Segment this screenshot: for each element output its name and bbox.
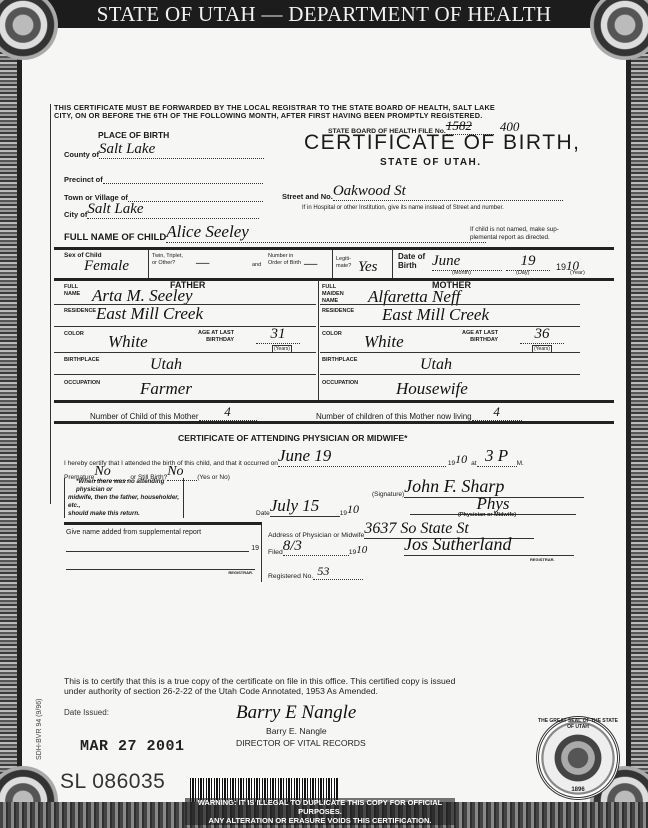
physician-title-caption: (Physician or Midwife) — [458, 512, 516, 518]
dob-label: Date of Birth — [398, 252, 432, 270]
father-occupation-value: Farmer — [140, 379, 192, 399]
signature-label: (Signature) — [372, 491, 404, 498]
physician-date-value: July 15 — [270, 496, 340, 517]
occurred-year-prefix: 19 — [448, 460, 455, 467]
father-color-value: White — [108, 332, 148, 352]
twin-value: — — [196, 255, 209, 272]
mother-name-label: FULL MAIDEN NAME — [322, 284, 348, 305]
filed-year-prefix: 19 — [349, 549, 357, 556]
divider — [332, 250, 333, 278]
filed-label: Filed — [268, 549, 283, 556]
father-name-value: Arta M. Seeley — [92, 286, 193, 306]
child-number-field: Number of Child of this Mother 4 — [90, 404, 257, 421]
ornate-border-right — [626, 0, 648, 828]
supplemental-year-row: 19 — [64, 540, 261, 552]
child-name-value: Alice Seeley — [166, 222, 486, 243]
director-name: Barry E. Nangle — [266, 726, 327, 736]
child-name-field: FULL NAME OF CHILD Alice Seeley — [64, 222, 486, 243]
father-name-label: FULL NAME — [64, 284, 86, 298]
precinct-field: Precinct of — [64, 166, 263, 184]
city-value: Salt Lake — [87, 201, 259, 219]
age-label-line-2: BIRTHDAY — [198, 337, 234, 344]
divider — [148, 250, 149, 278]
form-left-rule — [50, 104, 51, 504]
supplemental-registrar-line — [66, 552, 255, 570]
serial-number: SL 086035 — [60, 770, 165, 794]
county-field: County of Salt Lake — [64, 141, 264, 159]
physician-date-label: Date — [256, 510, 270, 517]
filed-field: Filed 8/3 19 10 — [268, 538, 367, 556]
father-residence-label: RESIDENCE — [64, 308, 96, 314]
header-band: STATE OF UTAH — DEPARTMENT OF HEALTH — [0, 0, 648, 28]
street-label: Street and No. — [282, 192, 333, 201]
yes-no-caption: (Yes or No) — [197, 474, 230, 481]
place-of-birth-heading: PLACE OF BIRTH — [98, 130, 169, 140]
child-name-label: FULL NAME OF CHILD — [64, 232, 166, 243]
date-issued-label: Date Issued: — [64, 708, 109, 717]
mother-age-label: AGE AT LAST BIRTHDAY — [462, 330, 498, 344]
certificate-title: CERTIFICATE OF BIRTH, — [304, 131, 581, 155]
note-line-3: should make this return. — [68, 510, 180, 518]
divider — [392, 250, 393, 278]
month-caption: (Month) — [452, 270, 471, 276]
mother-color-label: COLOR — [322, 331, 342, 337]
director-signature: Barry E Nangle — [236, 702, 356, 724]
name-note-line-1: If child is not named, make sup- — [470, 226, 559, 234]
divider — [54, 278, 614, 281]
twin-label: Twin, Triplet, or Other? — [152, 253, 188, 267]
street-value: Oakwood St — [333, 183, 563, 201]
physician-date-field: Date July 15 19 10 — [256, 496, 359, 517]
order-label: Number in Order of Birth — [268, 253, 304, 267]
street-field: Street and No. Oakwood St — [282, 183, 563, 201]
father-occupation-label: OCCUPATION — [64, 380, 100, 386]
divider — [320, 374, 580, 375]
living-children-label: Number of children of this Mother now li… — [316, 412, 472, 421]
mother-birthplace-label: BIRTHPLACE — [322, 357, 357, 363]
legitimate-label: Legiti-mate? — [336, 256, 356, 270]
county-label: County of — [64, 150, 99, 159]
father-residence-value: East Mill Creek — [96, 304, 203, 324]
registrar-caption: REGISTRAR. — [530, 557, 555, 562]
hospital-note: If in Hospital or other Institution, giv… — [302, 205, 504, 211]
age-label-line-1: AGE AT LAST — [198, 330, 234, 337]
agency-title: STATE OF UTAH — DEPARTMENT OF HEALTH — [97, 2, 552, 27]
father-age-label: AGE AT LAST BIRTHDAY — [198, 330, 234, 344]
legitimate-value: Yes — [358, 259, 377, 276]
divider — [54, 400, 614, 403]
divider — [54, 352, 316, 353]
divider — [54, 374, 316, 375]
form-code: SDH-BVR 94 (9/96) — [36, 699, 43, 760]
state-seal-icon: THE GREAT SEAL OF THE STATE OF UTAH 1896 — [536, 716, 620, 800]
divider — [54, 421, 614, 424]
warning-line-2: ANY ALTERATION OR ERASURE VOIDS THIS CER… — [185, 816, 455, 825]
footer-warning: WARNING: IT IS ILLEGAL TO DUPLICATE THIS… — [185, 798, 455, 825]
m-label: M. — [517, 460, 524, 467]
dob-day: 19 — [506, 253, 550, 271]
supplemental-label: Give name added from supplemental report — [64, 525, 261, 540]
father-birthplace-label: BIRTHPLACE — [64, 357, 99, 363]
physician-heading: CERTIFICATE OF ATTENDING PHYSICIAN OR MI… — [178, 433, 407, 443]
father-birthplace-value: Utah — [150, 356, 182, 374]
divider — [320, 352, 580, 353]
mother-residence-value: East Mill Creek — [382, 305, 489, 325]
day-caption: (Day) — [516, 270, 529, 276]
birth-certificate-page: STATE OF UTAH — DEPARTMENT OF HEALTH THI… — [0, 0, 648, 828]
name-note-line-2: plemental report as directed. — [470, 234, 559, 242]
time-value: 3 P — [477, 446, 517, 467]
supplemental-name-line — [66, 544, 249, 552]
order-value: — — [304, 256, 317, 273]
no-physician-note: *When there was no attending physician o… — [64, 478, 184, 518]
occurred-year: 10 — [455, 452, 467, 467]
certification-statement: This is to certify that this is a true c… — [64, 676, 484, 696]
father-color-label: COLOR — [64, 331, 84, 337]
seal-year: 1896 — [571, 787, 584, 793]
physician-date-year: 10 — [347, 502, 359, 517]
dob-year-prefix: 19 — [556, 262, 566, 272]
mother-occupation-value: Housewife — [396, 379, 468, 399]
certification-line-1: This is to certify that this is a true c… — [64, 676, 484, 686]
registered-number-field: Registered No. 53 — [268, 564, 363, 580]
precinct-value — [103, 166, 263, 184]
living-children-field: Number of children of this Mother now li… — [316, 404, 522, 421]
ornament-corner-icon — [590, 0, 648, 60]
sex-value: Female — [84, 258, 129, 275]
ornament-corner-icon — [0, 0, 58, 60]
father-age-value: 31 — [256, 326, 300, 344]
precinct-label: Precinct of — [64, 175, 103, 184]
registered-value: 53 — [313, 564, 363, 580]
mother-residence-label: RESIDENCE — [322, 308, 354, 314]
age-label-line-1: AGE AT LAST — [462, 330, 498, 337]
certificate-subtitle: STATE OF UTAH. — [380, 157, 482, 168]
date-issued-stamp: MAR 27 2001 — [80, 738, 185, 755]
and-label: and — [252, 262, 261, 268]
city-field: City of Salt Lake — [64, 201, 259, 219]
registered-label: Registered No. — [268, 573, 313, 580]
warning-line-1: WARNING: IT IS ILLEGAL TO DUPLICATE THIS… — [185, 798, 455, 816]
mother-occupation-label: OCCUPATION — [322, 380, 358, 386]
seal-text: THE GREAT SEAL OF THE STATE OF UTAH — [538, 718, 618, 730]
city-label: City of — [64, 210, 87, 219]
dob-month: June — [432, 253, 502, 271]
note-line-2: midwife, then the father, householder, e… — [68, 494, 180, 510]
director-title: DIRECTOR OF VITAL RECORDS — [236, 738, 366, 748]
year-caption: (Year) — [570, 270, 585, 276]
registrar-signature: Jos Sutherland — [404, 534, 574, 556]
note-line-1: *When there was no attending physician o… — [68, 478, 180, 494]
certification-line-2: under authority of section 26-2-22 of th… — [64, 686, 484, 696]
mother-color-value: White — [364, 332, 404, 352]
county-value: Salt Lake — [99, 141, 264, 159]
supplemental-year-prefix: 19 — [251, 545, 259, 552]
supplemental-box: Give name added from supplemental report… — [64, 522, 262, 582]
town-value — [128, 184, 263, 202]
child-name-note: If child is not named, make sup- plement… — [470, 226, 559, 242]
child-number-value: 4 — [199, 404, 257, 421]
divider — [54, 247, 614, 250]
supplemental-registrar-caption: REGISTRAR. — [64, 570, 261, 575]
physician-date-year-prefix: 19 — [340, 510, 347, 517]
filed-value: 8/3 — [283, 538, 349, 556]
filed-year: 10 — [356, 544, 367, 556]
mother-birthplace-value: Utah — [420, 356, 452, 374]
column-divider — [318, 280, 319, 400]
ornate-border-left — [0, 0, 22, 828]
town-field: Town or Village of — [64, 184, 263, 202]
occurred-date: June 19 — [278, 446, 446, 467]
living-children-value: 4 — [472, 404, 522, 421]
child-number-label: Number of Child of this Mother — [90, 412, 199, 421]
mother-age-value: 36 — [520, 326, 564, 344]
age-label-line-2: BIRTHDAY — [462, 337, 498, 344]
